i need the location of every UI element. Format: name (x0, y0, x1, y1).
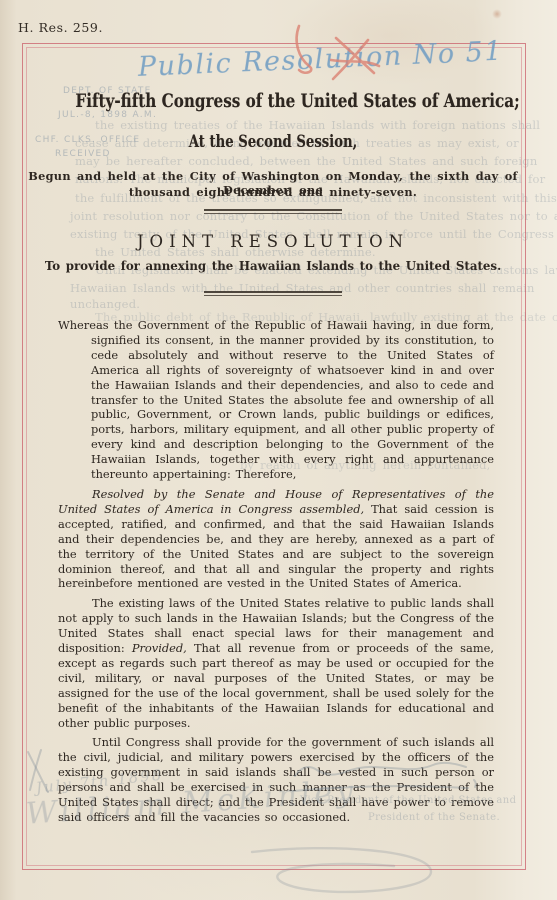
paragraph-resolved: Resolved by the Senate and House of Repr… (58, 487, 494, 591)
paragraph-whereas: Whereas the Government of the Republic o… (58, 318, 494, 482)
divider-rule-bottom (204, 291, 342, 296)
resolution-subtitle: To provide for annexing the Hawaiian Isl… (26, 259, 520, 273)
body-text: Whereas the Government of the Republic o… (58, 318, 494, 830)
provided-italic: Provided, (132, 641, 187, 655)
divider-rule-top (204, 209, 342, 214)
paragraph-public-lands: The existing laws of the United States r… (58, 596, 494, 730)
joint-resolution-heading: JOINT RESOLUTION (26, 232, 520, 251)
ghost-vp-line-1: Vice-President of the United States and (300, 795, 516, 806)
ghost-vp-line-2: President of the Senate. (368, 812, 500, 823)
convened-line-2: thousand eight hundred and ninety-seven. (26, 185, 520, 199)
congress-heading: Fifty-fifth Congress of the United State… (75, 90, 470, 112)
session-heading: At the Second Session, (75, 132, 470, 151)
document-number: H. Res. 259. (18, 20, 103, 35)
